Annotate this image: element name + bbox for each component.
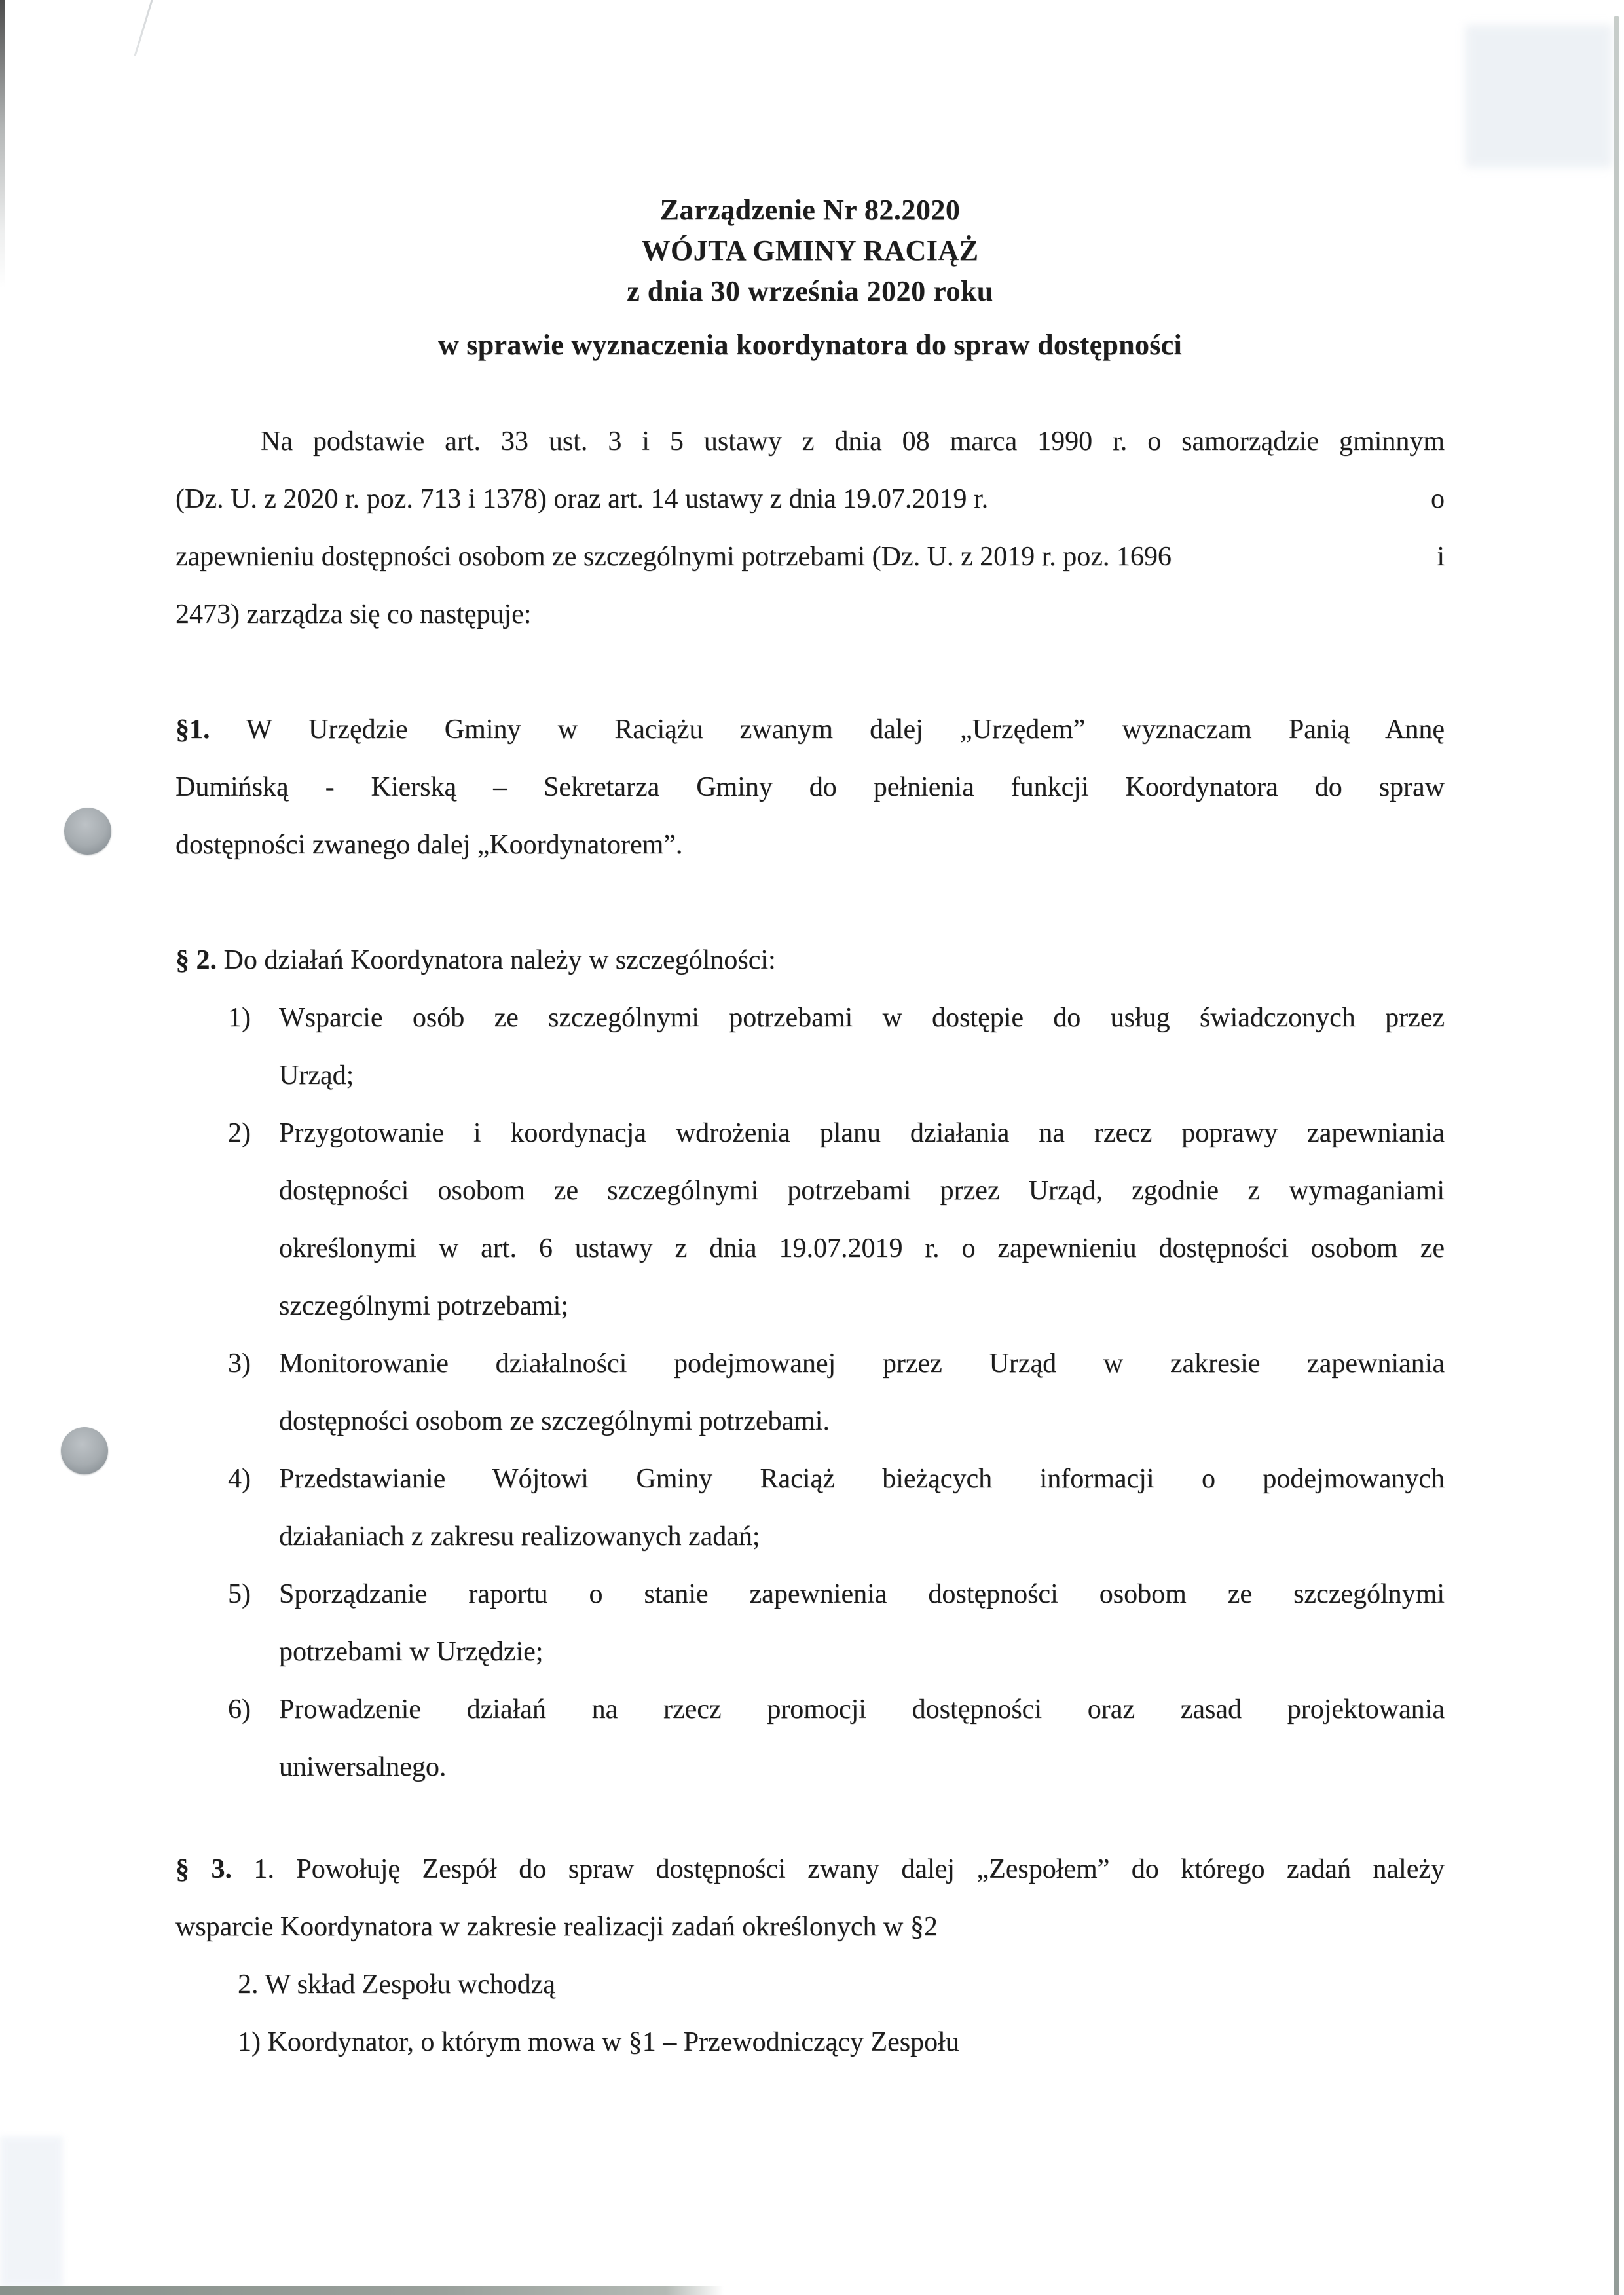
preamble-line-text: zapewnieniu dostępności osobom ze szczeg… xyxy=(175,528,1172,586)
par3-line: wsparcie Koordynatora w zakresie realiza… xyxy=(175,1898,1445,1956)
list-item-line: dostępności osobom ze szczególnymi potrz… xyxy=(279,1162,1445,1220)
section-paragraph-2: § 2. Do działań Koordynatora należy w sz… xyxy=(175,931,1445,1796)
hole-punch-bottom xyxy=(61,1427,108,1474)
par2-marker: § 2. xyxy=(175,945,217,975)
list-item-3: 3) Monitorowanie działalności podejmowan… xyxy=(175,1335,1445,1450)
par3-line-text: 1. Powołuję Zespół do spraw dostępności … xyxy=(232,1854,1445,1884)
list-item-line: Monitorowanie działalności podejmowanej … xyxy=(279,1335,1445,1392)
par3-subline: 2. W skład Zespołu wchodzą xyxy=(175,1956,1445,2013)
scan-tint-top-right xyxy=(1466,25,1612,168)
par3-subline: 1) Koordynator, o którym mowa w §1 – Prz… xyxy=(175,2013,1445,2071)
par3-marker: § 3. xyxy=(175,1854,232,1884)
preamble-line-tail-word: i xyxy=(1437,528,1445,586)
par1-line: dostępności zwanego dalej „Koordynatorem… xyxy=(175,816,1445,874)
list-item-line: Prowadzenie działań na rzecz promocji do… xyxy=(279,1681,1445,1738)
hole-punch-top xyxy=(64,808,111,855)
list-item-2: 2) Przygotowanie i koordynacja wdrożenia… xyxy=(175,1104,1445,1335)
list-item-5: 5) Sporządzanie raportu o stanie zapewni… xyxy=(175,1565,1445,1681)
list-item-number: 3) xyxy=(228,1335,251,1392)
par1-marker: §1. xyxy=(175,715,210,745)
scan-strip-bottom xyxy=(0,2286,724,2295)
scanned-document-page: Zarządzenie Nr 82.2020 WÓJTA GMINY RACIĄ… xyxy=(0,0,1624,2295)
list-item-line: Urząd; xyxy=(279,1047,1445,1104)
list-item-4: 4) Przedstawianie Wójtowi Gminy Raciąż b… xyxy=(175,1450,1445,1565)
title-line-date: z dnia 30 września 2020 roku xyxy=(175,271,1445,312)
list-item-line: działaniach z zakresu realizowanych zada… xyxy=(279,1508,1445,1565)
crease-mark xyxy=(134,0,155,56)
list-item-line: potrzebami w Urzędzie; xyxy=(279,1623,1445,1681)
preamble-paragraph: Na podstawie art. 33 ust. 3 i 5 ustawy z… xyxy=(175,413,1445,643)
preamble-line-tail-word: o xyxy=(1431,470,1445,528)
list-item-number: 6) xyxy=(228,1681,251,1738)
list-item-number: 1) xyxy=(228,989,251,1047)
par1-line-text: W Urzędzie Gminy w Raciążu zwanym dalej … xyxy=(210,715,1445,745)
list-item-line: Przygotowanie i koordynacja wdrożenia pl… xyxy=(279,1104,1445,1162)
list-item-line: określonymi w art. 6 ustawy z dnia 19.07… xyxy=(279,1220,1445,1277)
document-title-block: Zarządzenie Nr 82.2020 WÓJTA GMINY RACIĄ… xyxy=(175,190,1445,312)
par1-line: §1. W Urzędzie Gminy w Raciążu zwanym da… xyxy=(175,701,1445,758)
scan-tint-bottom-left xyxy=(0,2136,63,2287)
par2-header-text: Do działań Koordynatora należy w szczegó… xyxy=(217,945,776,975)
list-item-6: 6) Prowadzenie działań na rzecz promocji… xyxy=(175,1681,1445,1796)
title-line-authority: WÓJTA GMINY RACIĄŻ xyxy=(175,231,1445,271)
section-paragraph-1: §1. W Urzędzie Gminy w Raciążu zwanym da… xyxy=(175,701,1445,874)
list-item-line: uniwersalnego. xyxy=(279,1738,1445,1796)
preamble-line: Na podstawie art. 33 ust. 3 i 5 ustawy z… xyxy=(175,413,1445,470)
par3-line: § 3. 1. Powołuję Zespół do spraw dostępn… xyxy=(175,1840,1445,1898)
section-paragraph-3: § 3. 1. Powołuję Zespół do spraw dostępn… xyxy=(175,1840,1445,2071)
preamble-line: (Dz. U. z 2020 r. poz. 713 i 1378) oraz … xyxy=(175,470,1445,528)
list-item-line: Przedstawianie Wójtowi Gminy Raciąż bież… xyxy=(279,1450,1445,1508)
list-item-line: Wsparcie osób ze szczególnymi potrzebami… xyxy=(279,989,1445,1047)
list-item-number: 5) xyxy=(228,1565,251,1623)
document-subject: w sprawie wyznaczenia koordynatora do sp… xyxy=(175,325,1445,365)
document-content: Zarządzenie Nr 82.2020 WÓJTA GMINY RACIĄ… xyxy=(175,0,1445,2071)
list-item-line: szczególnymi potrzebami; xyxy=(279,1277,1445,1335)
list-item-line: Sporządzanie raportu o stanie zapewnieni… xyxy=(279,1565,1445,1623)
preamble-line: 2473) zarządza się co następuje: xyxy=(175,586,1445,643)
list-item-number: 4) xyxy=(228,1450,251,1508)
list-item-1: 1) Wsparcie osób ze szczególnymi potrzeb… xyxy=(175,989,1445,1104)
preamble-line-text: (Dz. U. z 2020 r. poz. 713 i 1378) oraz … xyxy=(175,470,988,528)
par1-line: Dumińską - Kierską – Sekretarza Gminy do… xyxy=(175,758,1445,816)
title-line-number: Zarządzenie Nr 82.2020 xyxy=(175,190,1445,231)
list-item-line: dostępności osobom ze szczególnymi potrz… xyxy=(279,1392,1445,1450)
scan-edge-right-line xyxy=(1614,16,1619,2295)
list-item-number: 2) xyxy=(228,1104,251,1162)
preamble-line: zapewnieniu dostępności osobom ze szczeg… xyxy=(175,528,1445,586)
par2-header: § 2. Do działań Koordynatora należy w sz… xyxy=(175,931,1445,989)
scan-edge-left-shadow xyxy=(0,0,5,288)
